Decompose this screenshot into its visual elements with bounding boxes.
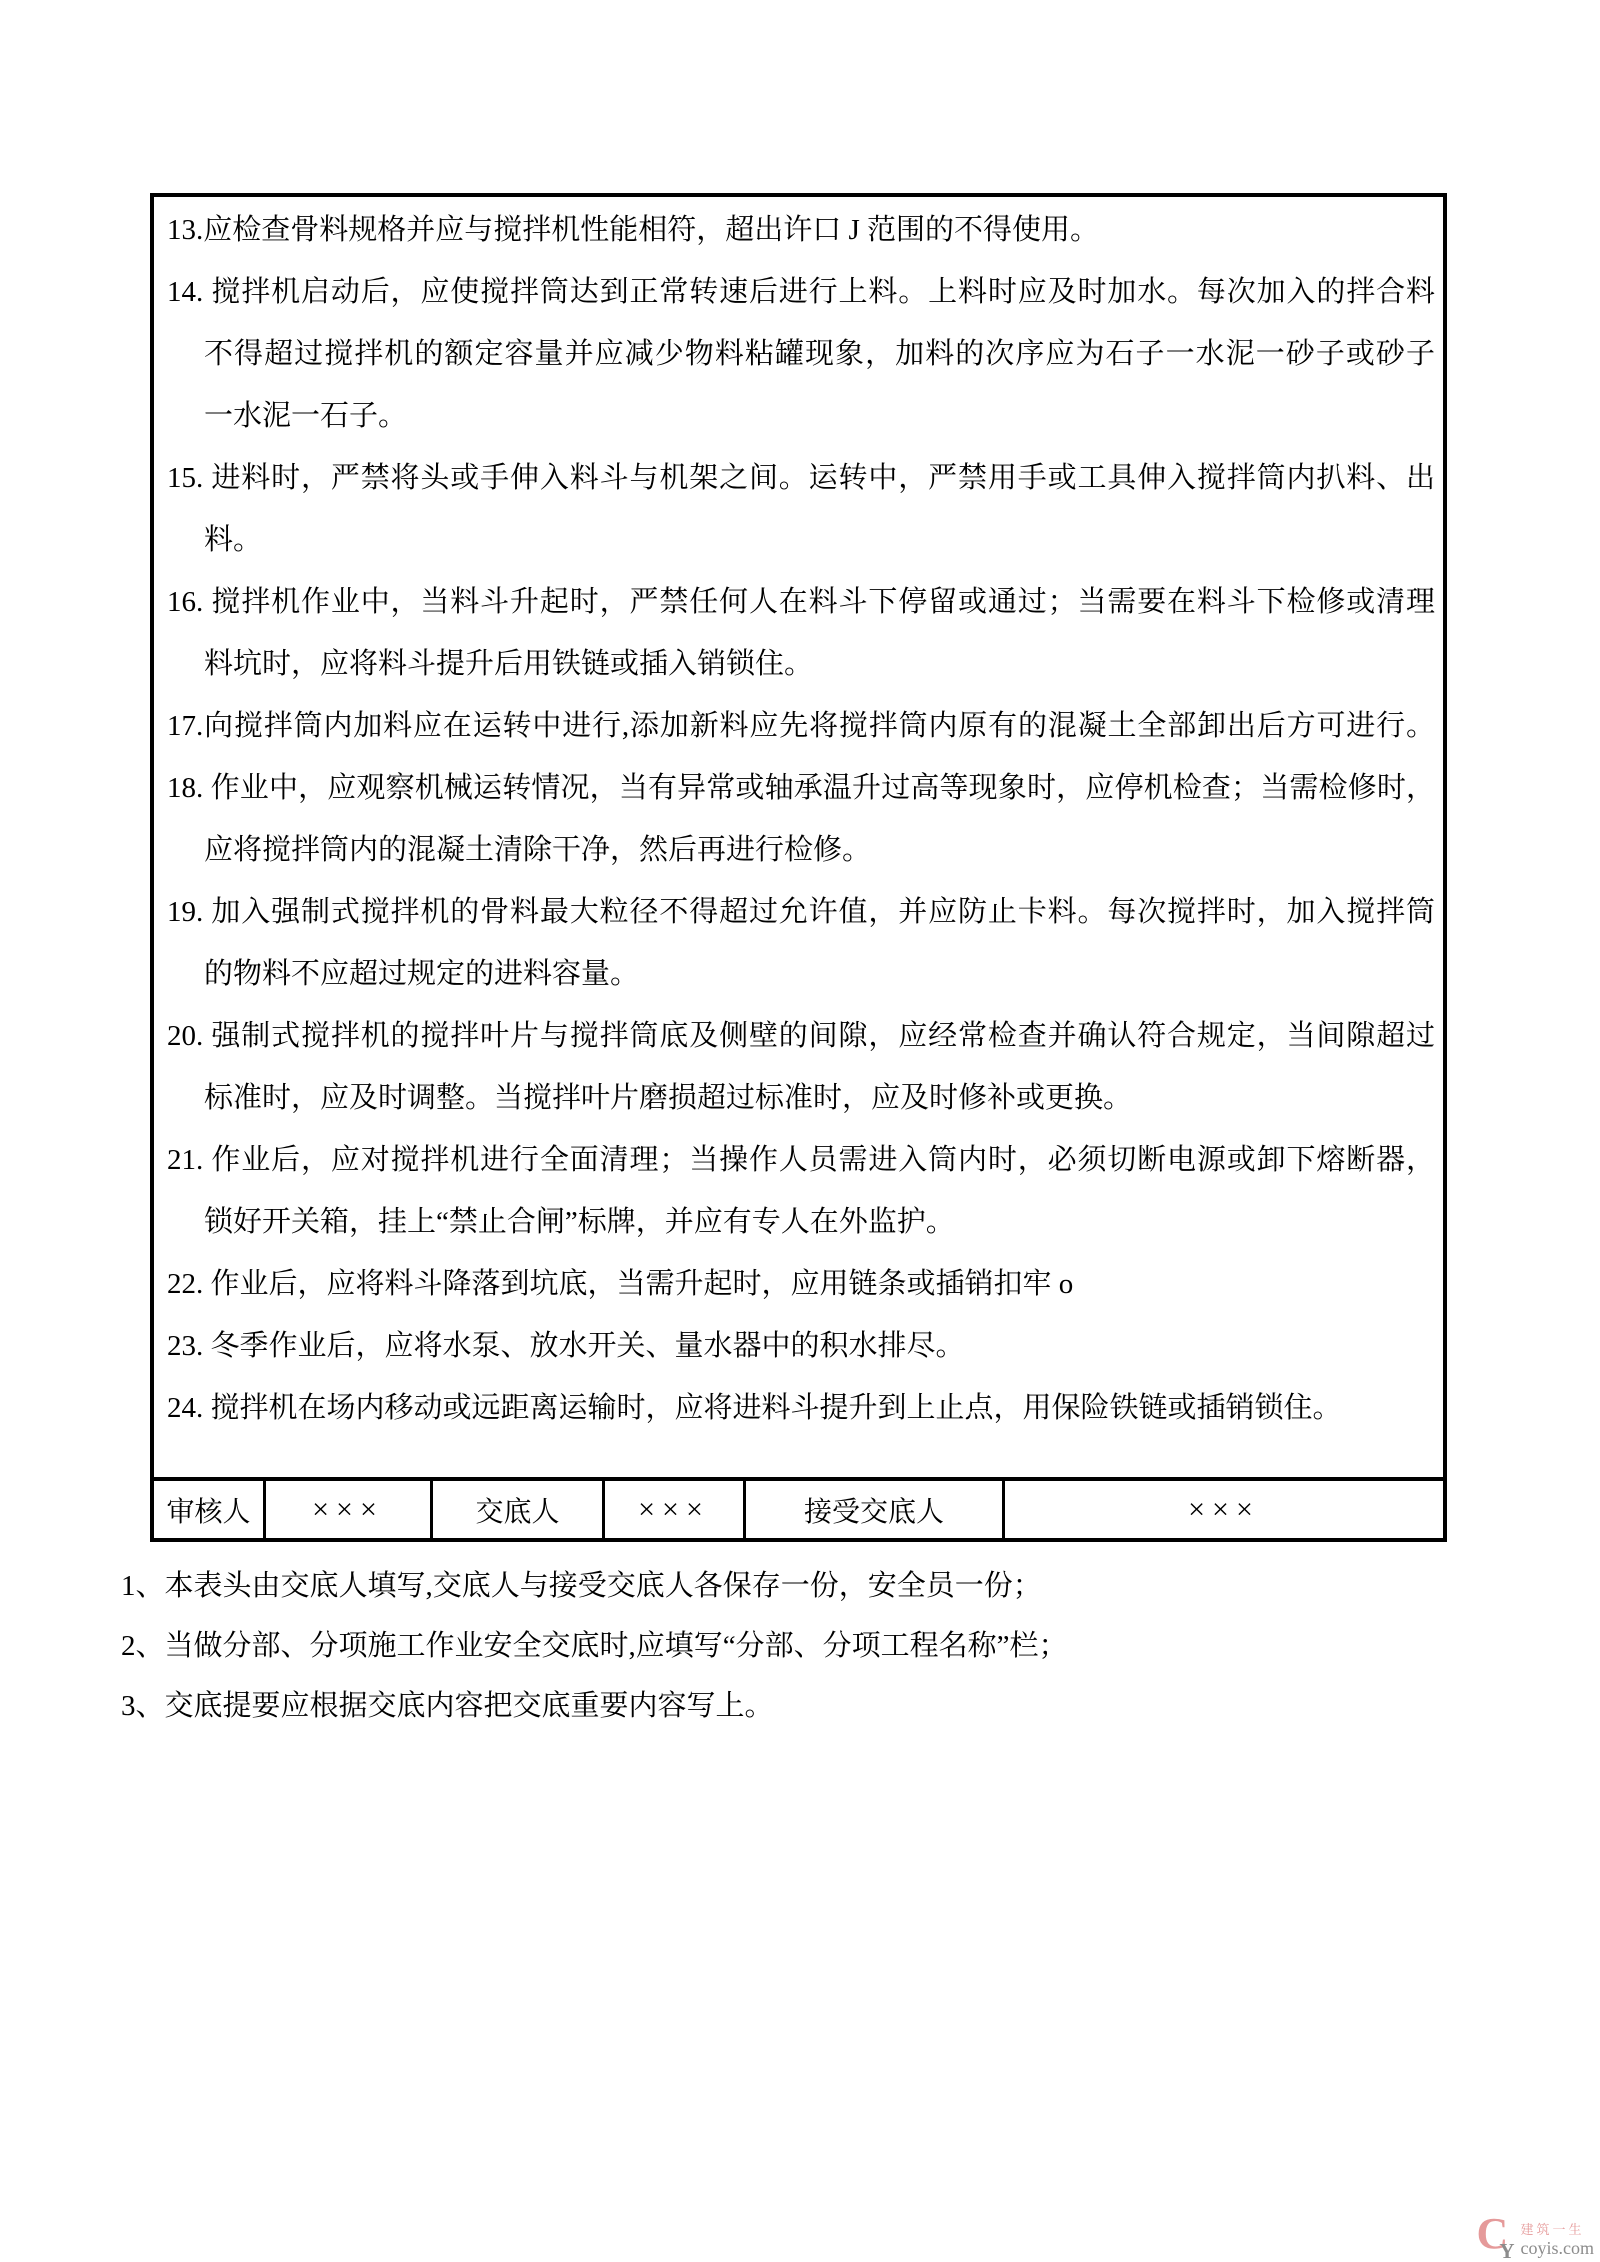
disclosure-item: 20. 强制式搅拌机的搅拌叶片与搅拌筒底及侧壁的间隙，应经常检查并确认符合规定，…	[167, 1005, 1435, 1129]
disclosure-item-line: 19. 加入强制式搅拌机的骨料最大粒径不得超过允许值，并应防止卡料。每次搅拌时，…	[167, 881, 1435, 943]
disclosure-item-line: 锁好开关箱，挂上“禁止合闸”标牌，并应有专人在外监护。	[167, 1191, 1435, 1253]
disclosure-item: 17.向搅拌筒内加料应在运转中进行,添加新料应先将搅拌筒内原有的混凝土全部卸出后…	[167, 695, 1435, 757]
disclosure-item: 22. 作业后，应将料斗降落到坑底，当需升起时，应用链条或插销扣牢 o	[167, 1253, 1435, 1315]
site-watermark: C Y 建筑一生 coyis.com	[1477, 2218, 1595, 2258]
disclosure-item-line: 的物料不应超过规定的进料容量。	[167, 943, 1435, 1005]
disclosure-item-line: 不得超过搅拌机的额定容量并应减少物料粘罐现象，加料的次序应为石子一水泥一砂子或砂…	[167, 323, 1435, 385]
disclosure-item: 15. 进料时，严禁将头或手伸入料斗与机架之间。运转中，严禁用手或工具伸入搅拌筒…	[167, 447, 1435, 571]
disclosure-item-line: 15. 进料时，严禁将头或手伸入料斗与机架之间。运转中，严禁用手或工具伸入搅拌筒…	[167, 447, 1435, 509]
watermark-text: 建筑一生 coyis.com	[1521, 2222, 1595, 2258]
disclosure-item-line: 料。	[167, 509, 1435, 571]
disclosure-item: 16. 搅拌机作业中，当料斗升起时，严禁任何人在料斗下停留或通过；当需要在料斗下…	[167, 571, 1435, 695]
cy-logo-icon: C Y	[1477, 2218, 1517, 2258]
disclosure-item-line: 13.应检查骨料规格并应与搅拌机性能相符，超出许口 J 范围的不得使用。	[167, 199, 1435, 261]
disclosure-item-line: 18. 作业中，应观察机械运转情况，当有异常或轴承温升过高等现象时，应停机检查；…	[167, 757, 1435, 819]
document-page: 13.应检查骨料规格并应与搅拌机性能相符，超出许口 J 范围的不得使用。14. …	[0, 0, 1600, 2262]
footer-notes: 1、本表头由交底人填写,交底人与接受交底人各保存一份，安全员一份；2、当做分部、…	[121, 1556, 1451, 1736]
disclosure-items-list: 13.应检查骨料规格并应与搅拌机性能相符，超出许口 J 范围的不得使用。14. …	[154, 197, 1443, 1477]
disclosure-item: 21. 作业后，应对搅拌机进行全面清理；当操作人员需进入筒内时，必须切断电源或卸…	[167, 1129, 1435, 1253]
disclosure-item: 14. 搅拌机启动后，应使搅拌筒达到正常转速后进行上料。上料时应及时加水。每次加…	[167, 261, 1435, 447]
disclosure-item-line: 23. 冬季作业后，应将水泵、放水开关、量水器中的积水排尽。	[167, 1315, 1435, 1377]
disclosure-item: 23. 冬季作业后，应将水泵、放水开关、量水器中的积水排尽。	[167, 1315, 1435, 1377]
disclosure-item-line: 16. 搅拌机作业中，当料斗升起时，严禁任何人在料斗下停留或通过；当需要在料斗下…	[167, 571, 1435, 633]
disclosure-item-line: 标准时，应及时调整。当搅拌叶片磨损超过标准时，应及时修补或更换。	[167, 1067, 1435, 1129]
watermark-site: coyis.com	[1521, 2238, 1595, 2258]
disclosure-item-line: 21. 作业后，应对搅拌机进行全面清理；当操作人员需进入筒内时，必须切断电源或卸…	[167, 1129, 1435, 1191]
signature-value-cell: ×××	[1005, 1481, 1443, 1538]
signature-value-cell: ×××	[266, 1481, 433, 1538]
logo-letter-y: Y	[1499, 2241, 1514, 2262]
disclosure-item-line: 一水泥一石子。	[167, 385, 1435, 447]
footer-note: 3、交底提要应根据交底内容把交底重要内容写上。	[121, 1676, 1451, 1736]
signature-value-cell: ×××	[605, 1481, 746, 1538]
footer-note: 1、本表头由交底人填写,交底人与接受交底人各保存一份，安全员一份；	[121, 1556, 1451, 1616]
disclosure-item: 13.应检查骨料规格并应与搅拌机性能相符，超出许口 J 范围的不得使用。	[167, 199, 1435, 261]
disclosure-item: 24. 搅拌机在场内移动或远距离运输时，应将进料斗提升到上止点，用保险铁链或插销…	[167, 1377, 1435, 1439]
signature-label-cell: 审核人	[154, 1481, 266, 1538]
disclosure-item-line: 24. 搅拌机在场内移动或远距离运输时，应将进料斗提升到上止点，用保险铁链或插销…	[167, 1377, 1435, 1439]
disclosure-item: 18. 作业中，应观察机械运转情况，当有异常或轴承温升过高等现象时，应停机检查；…	[167, 757, 1435, 881]
disclosure-item-line: 料坑时，应将料斗提升后用铁链或插入销锁住。	[167, 633, 1435, 695]
safety-disclosure-table: 13.应检查骨料规格并应与搅拌机性能相符，超出许口 J 范围的不得使用。14. …	[150, 193, 1447, 1542]
disclosure-item-line: 应将搅拌筒内的混凝土清除干净，然后再进行检修。	[167, 819, 1435, 881]
signature-label-cell: 接受交底人	[746, 1481, 1005, 1538]
disclosure-item-line: 14. 搅拌机启动后，应使搅拌筒达到正常转速后进行上料。上料时应及时加水。每次加…	[167, 261, 1435, 323]
signature-row: 审核人×××交底人×××接受交底人×××	[154, 1477, 1443, 1538]
disclosure-item-line: 17.向搅拌筒内加料应在运转中进行,添加新料应先将搅拌筒内原有的混凝土全部卸出后…	[167, 695, 1435, 757]
disclosure-item: 19. 加入强制式搅拌机的骨料最大粒径不得超过允许值，并应防止卡料。每次搅拌时，…	[167, 881, 1435, 1005]
watermark-brand: 建筑一生	[1521, 2222, 1585, 2238]
disclosure-item-line: 20. 强制式搅拌机的搅拌叶片与搅拌筒底及侧壁的间隙，应经常检查并确认符合规定，…	[167, 1005, 1435, 1067]
footer-note: 2、当做分部、分项施工作业安全交底时,应填写“分部、分项工程名称”栏；	[121, 1616, 1451, 1676]
disclosure-item-line: 22. 作业后，应将料斗降落到坑底，当需升起时，应用链条或插销扣牢 o	[167, 1253, 1435, 1315]
signature-label-cell: 交底人	[433, 1481, 605, 1538]
